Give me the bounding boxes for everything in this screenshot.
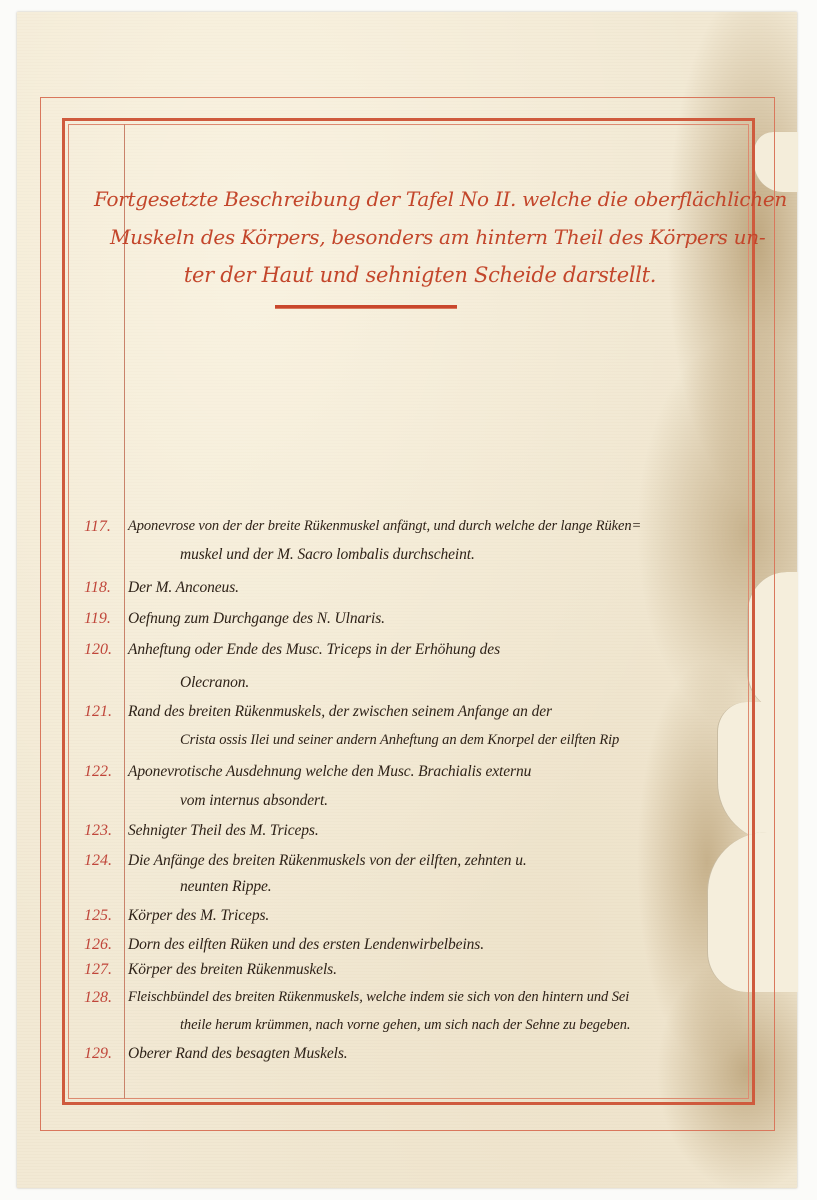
entry-text: Dorn des eilften Rüken und des ersten Le… bbox=[128, 936, 484, 954]
entry-text: Oefnung zum Durchgange des N. Ulnaris. bbox=[128, 610, 385, 628]
entry-number: 120. bbox=[84, 641, 124, 659]
entry-number: 123. bbox=[84, 822, 124, 840]
entry-text: Aponevrotische Ausdehnung welche den Mus… bbox=[128, 763, 531, 781]
entry-text-continuation: Olecranon. bbox=[180, 674, 249, 692]
entry-number: 128. bbox=[84, 989, 124, 1007]
entry-number: 129. bbox=[84, 1045, 124, 1063]
entry-text-continuation: vom internus absondert. bbox=[180, 792, 328, 810]
entry-text-continuation: neunten Rippe. bbox=[180, 878, 272, 896]
legend-list: 117. Aponevrose von der der breite Rüken… bbox=[0, 0, 817, 1200]
entry-text: Körper des M. Triceps. bbox=[128, 907, 269, 925]
entry-number: 121. bbox=[84, 703, 124, 721]
entry-number: 119. bbox=[84, 610, 124, 628]
entry-number: 127. bbox=[84, 961, 124, 979]
entry-text: Anheftung oder Ende des Musc. Triceps in… bbox=[128, 641, 500, 659]
entry-text: Sehnigter Theil des M. Triceps. bbox=[128, 822, 319, 840]
entry-number: 122. bbox=[84, 763, 124, 781]
entry-text: Fleischbündel des breiten Rükenmuskels, … bbox=[128, 989, 629, 1006]
entry-text: Aponevrose von der der breite Rükenmuske… bbox=[128, 518, 641, 535]
entry-text: Der M. Anconeus. bbox=[128, 579, 239, 597]
entry-text: Oberer Rand des besagten Muskels. bbox=[128, 1045, 348, 1063]
entry-number: 118. bbox=[84, 579, 124, 597]
entry-text-continuation: muskel und der M. Sacro lombalis durchsc… bbox=[180, 546, 475, 564]
entry-number: 124. bbox=[84, 852, 124, 870]
entry-number: 117. bbox=[84, 518, 124, 536]
manuscript-scan: Fortgesetzte Beschreibung der Tafel No I… bbox=[0, 0, 817, 1200]
entry-number: 126. bbox=[84, 936, 124, 954]
entry-text-continuation: theile herum krümmen, nach vorne gehen, … bbox=[180, 1017, 630, 1034]
entry-number: 125. bbox=[84, 907, 124, 925]
entry-text-continuation: Crista ossis Ilei und seiner andern Anhe… bbox=[180, 732, 619, 749]
entry-text: Rand des breiten Rükenmuskels, der zwisc… bbox=[128, 703, 552, 721]
entry-text: Die Anfänge des breiten Rükenmuskels von… bbox=[128, 852, 527, 870]
entry-text: Körper des breiten Rükenmuskels. bbox=[128, 961, 337, 979]
